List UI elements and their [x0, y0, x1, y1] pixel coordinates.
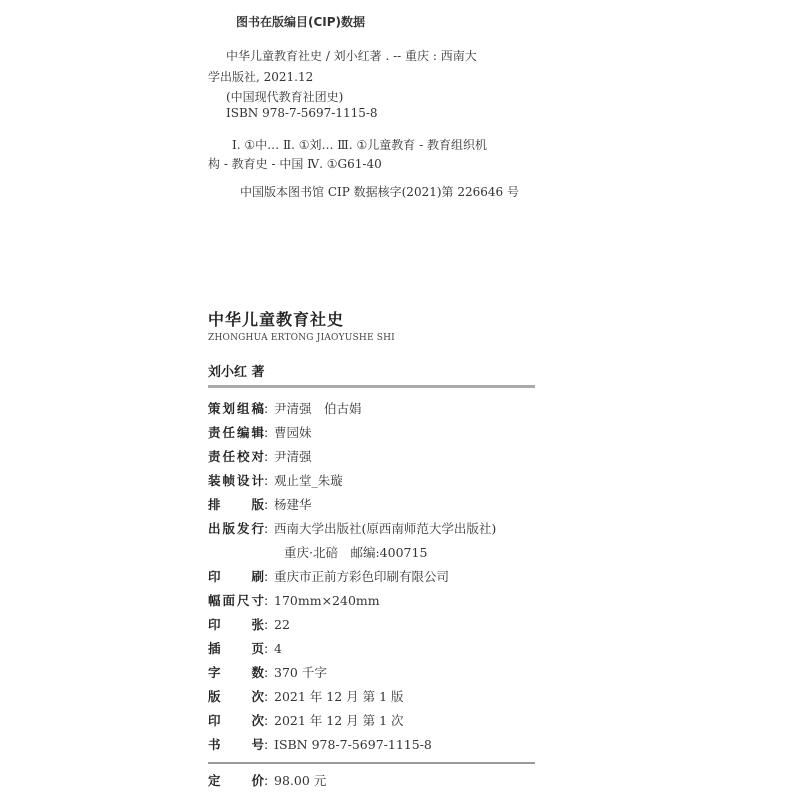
colon: :	[264, 593, 274, 608]
label-char: 策	[208, 399, 221, 417]
detail-label: 印张	[208, 615, 264, 633]
detail-value: ISBN 978-7-5697-1115-8	[274, 737, 432, 752]
colon: :	[264, 737, 274, 752]
detail-label: 印刷	[208, 567, 264, 585]
cip-heading: 图书在版编目(CIP)数据	[236, 13, 365, 30]
detail-row: 装帧设计:观止堂_朱璇	[208, 470, 343, 490]
colon: :	[264, 665, 274, 680]
detail-value: 杨建华	[274, 495, 312, 513]
label-char: 版	[208, 687, 221, 705]
divider-bottom	[208, 762, 535, 764]
colon: :	[264, 401, 274, 416]
label-char: 数	[251, 663, 264, 681]
detail-value: 尹清强	[274, 447, 312, 465]
label-char: 对	[251, 447, 264, 465]
label-char: 字	[208, 663, 221, 681]
label-char: 行	[251, 519, 264, 537]
book-pinyin: ZHONGHUA ERTONG JIAOYUSHE SHI	[208, 333, 395, 343]
label-char: 任	[222, 447, 235, 465]
detail-value: 2021 年 12 月 第 1 次	[274, 711, 404, 729]
detail-label: 版次	[208, 687, 264, 705]
book-title: 中华儿童教育社史	[208, 307, 344, 330]
label-char: 幅	[208, 591, 221, 609]
label-char: 稿	[251, 399, 264, 417]
cip-line: 中华儿童教育社史 / 刘小红著 . -- 重庆 : 西南大	[226, 47, 477, 64]
detail-row: 出版发行:西南大学出版社(原西南师范大学出版社)	[208, 518, 496, 538]
colon: :	[264, 521, 274, 536]
label-char: 设	[237, 471, 250, 489]
detail-value: 22	[274, 617, 290, 632]
book-author: 刘小红 著	[208, 361, 265, 380]
detail-label: 印次	[208, 711, 264, 729]
label-char: 刷	[251, 567, 264, 585]
detail-label: 策划组稿	[208, 399, 264, 417]
detail-row: 印刷:重庆市正前方彩色印刷有限公司	[208, 566, 449, 586]
label-char: 寸	[251, 591, 264, 609]
detail-row: 策划组稿:尹清强 伯古娟	[208, 398, 362, 418]
label-char: 插	[208, 639, 221, 657]
detail-value: 4	[274, 641, 282, 656]
detail-row: 印次:2021 年 12 月 第 1 次	[208, 710, 404, 730]
cip-line: 学出版社, 2021.12	[208, 68, 313, 85]
label-char: 版	[222, 519, 235, 537]
detail-row: 插页:4	[208, 638, 282, 658]
label-char: 印	[208, 615, 221, 633]
detail-label: 责任校对	[208, 447, 264, 465]
detail-row: 排版:杨建华	[208, 494, 312, 514]
label-char: 页	[251, 639, 264, 657]
colon: :	[264, 713, 274, 728]
detail-value: 370 千字	[274, 663, 327, 681]
price-row: 定 价 : 98.00 元	[208, 770, 326, 790]
label-char: 号	[251, 735, 264, 753]
detail-row: 字数:370 千字	[208, 662, 327, 682]
detail-value: 曹园妹	[274, 423, 312, 441]
colon: :	[264, 689, 274, 704]
label-char: 版	[251, 495, 264, 513]
detail-label: 幅面尺寸	[208, 591, 264, 609]
colon: :	[264, 449, 274, 464]
detail-value: 2021 年 12 月 第 1 版	[274, 687, 404, 705]
price-value: 98.00 元	[274, 771, 326, 789]
label-char: 次	[251, 711, 264, 729]
label-char: 印	[208, 567, 221, 585]
label-char: 张	[251, 615, 264, 633]
colon: :	[264, 773, 274, 788]
detail-value: 观止堂_朱璇	[274, 471, 343, 489]
detail-row: 重庆·北碚 邮编:400715	[284, 542, 427, 562]
label-char: 次	[251, 687, 264, 705]
label-char: 任	[222, 423, 235, 441]
label-char: 出	[208, 519, 221, 537]
colon: :	[264, 497, 274, 512]
label-char: 责	[208, 447, 221, 465]
cip-classification: 构 - 教育史 - 中国 Ⅳ. ①G61-40	[208, 155, 382, 172]
cip-isbn: ISBN 978-7-5697-1115-8	[226, 106, 378, 120]
detail-label: 排版	[208, 495, 264, 513]
detail-row: 责任编辑:曹园妹	[208, 422, 312, 442]
detail-label: 责任编辑	[208, 423, 264, 441]
label-char: 排	[208, 495, 221, 513]
label-char: 辑	[251, 423, 264, 441]
detail-value: 西南大学出版社(原西南师范大学出版社)	[274, 519, 496, 537]
colon: :	[264, 569, 274, 584]
detail-value: 重庆·北碚 邮编:400715	[284, 543, 427, 561]
detail-label: 出版发行	[208, 519, 264, 537]
label-char: 书	[208, 735, 221, 753]
detail-value: 尹清强 伯古娟	[274, 399, 362, 417]
label-char: 定	[208, 771, 221, 789]
cip-line: (中国现代教育社团史)	[226, 88, 343, 105]
label-char: 组	[237, 399, 250, 417]
detail-row: 印张:22	[208, 614, 290, 634]
detail-row: 版次:2021 年 12 月 第 1 版	[208, 686, 404, 706]
detail-row: 书号:ISBN 978-7-5697-1115-8	[208, 734, 432, 754]
cip-record-number: 中国版本图书馆 CIP 数据核字(2021)第 226646 号	[240, 183, 519, 200]
label-char: 装	[208, 471, 221, 489]
label-char: 划	[222, 399, 235, 417]
detail-label: 插页	[208, 639, 264, 657]
label-char: 编	[237, 423, 250, 441]
divider-top	[208, 385, 535, 388]
colon: :	[264, 617, 274, 632]
colon: :	[264, 641, 274, 656]
label-char: 帧	[222, 471, 235, 489]
label-char: 发	[237, 519, 250, 537]
label-char: 印	[208, 711, 221, 729]
cip-classification: Ⅰ. ①中… Ⅱ. ①刘… Ⅲ. ①儿童教育 - 教育组织机	[232, 136, 487, 153]
detail-row: 责任校对:尹清强	[208, 446, 312, 466]
detail-value: 170mm×240mm	[274, 593, 380, 608]
detail-label: 装帧设计	[208, 471, 264, 489]
label-char: 计	[251, 471, 264, 489]
price-label: 定 价	[208, 771, 264, 789]
detail-label: 书号	[208, 735, 264, 753]
detail-row: 幅面尺寸:170mm×240mm	[208, 590, 380, 610]
detail-label: 字数	[208, 663, 264, 681]
label-char: 责	[208, 423, 221, 441]
detail-value: 重庆市正前方彩色印刷有限公司	[274, 567, 449, 585]
colon: :	[264, 425, 274, 440]
label-char: 尺	[237, 591, 250, 609]
label-char: 面	[222, 591, 235, 609]
label-char: 价	[251, 771, 264, 789]
label-char: 校	[237, 447, 250, 465]
colon: :	[264, 473, 274, 488]
